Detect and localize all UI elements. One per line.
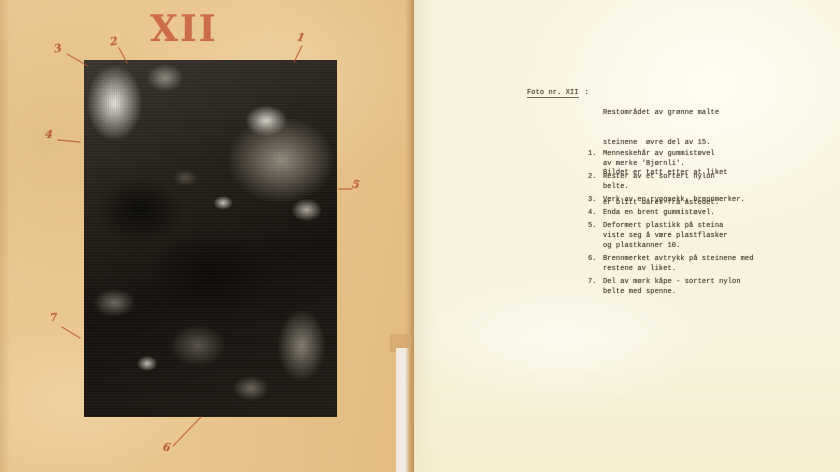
item-text: restene av liket. [603,265,676,273]
annotation-number-4: 4 [44,128,53,142]
photo-caption-heading-text: Foto nr. XII [527,89,579,98]
list-item: 6. Brennmerket avtrykk på steinene medre… [588,254,828,274]
item-text: belte med spenne. [603,288,676,296]
list-item: 1. Menneskehår av gummistøvelav merke 'B… [588,149,828,169]
annotation-number-7: 7 [49,311,58,325]
leader-line-4 [58,140,80,142]
annotation-number-3: 3 [53,41,63,55]
item-text: av merke 'Bjørnli'. [603,160,685,168]
item-text: Brennmerket avtrykk på steinene med [603,255,754,263]
intro-line: steinene øvre del av 15. [603,138,773,148]
item-text: Enda en brent gummistøvel. [603,209,715,217]
album-page-edge [405,0,414,472]
annotation-number-2: 2 [109,35,118,49]
item-text: Verk av en ryggsekk, brennmerker. [603,196,745,204]
item-number: 2. [588,172,603,192]
plate-numeral-xii: XII [150,8,210,50]
list-item: 4. Enda en brent gummistøvel. [588,208,828,218]
scanned-album-spread: XII 1 2 3 4 5 6 7 Foto nr. XII: [0,0,840,472]
numbered-item-list: 1. Menneskehår av gummistøvelav merke 'B… [588,149,828,300]
annotation-number-6: 6 [162,441,171,455]
item-number: 5. [588,221,603,251]
intro-line: Restområdet av grønne malte [603,108,773,118]
annotation-number-5: 5 [351,177,361,191]
item-text: Rester av et sortert nylon [603,173,715,181]
item-number: 3. [588,195,603,205]
typed-description-page: Foto nr. XII: Restområdet av grønne malt… [414,0,840,472]
item-number: 6. [588,254,603,274]
heading-colon: : [585,89,589,97]
list-item: 2. Rester av et sortert nylonbelte. [588,172,828,192]
list-item: 7. Del av mørk kåpe - sortert nylonbelte… [588,277,828,297]
item-number: 4. [588,208,603,218]
item-text: Del av mørk kåpe - sortert nylon [603,278,741,286]
item-text: Deformert plastikk på steina [603,222,723,230]
item-text: og plastkanner 10. [603,242,680,250]
list-item: 3. Verk av en ryggsekk, brennmerker. [588,195,828,205]
album-page: XII 1 2 3 4 5 6 7 [0,0,414,472]
item-text: viste seg å være plastflasker [603,232,728,240]
item-number: 1. [588,149,603,169]
leader-line-6 [173,417,201,446]
item-text: belte. [603,183,629,191]
photo-caption-heading: Foto nr. XII: [527,88,589,98]
list-item: 5. Deformert plastikk på steinaviste seg… [588,221,828,251]
leader-line-7 [62,327,80,338]
crime-scene-photo [84,60,337,417]
annotation-number-1: 1 [296,30,306,44]
item-text: Menneskehår av gummistøvel [603,150,715,158]
item-number: 7. [588,277,603,297]
